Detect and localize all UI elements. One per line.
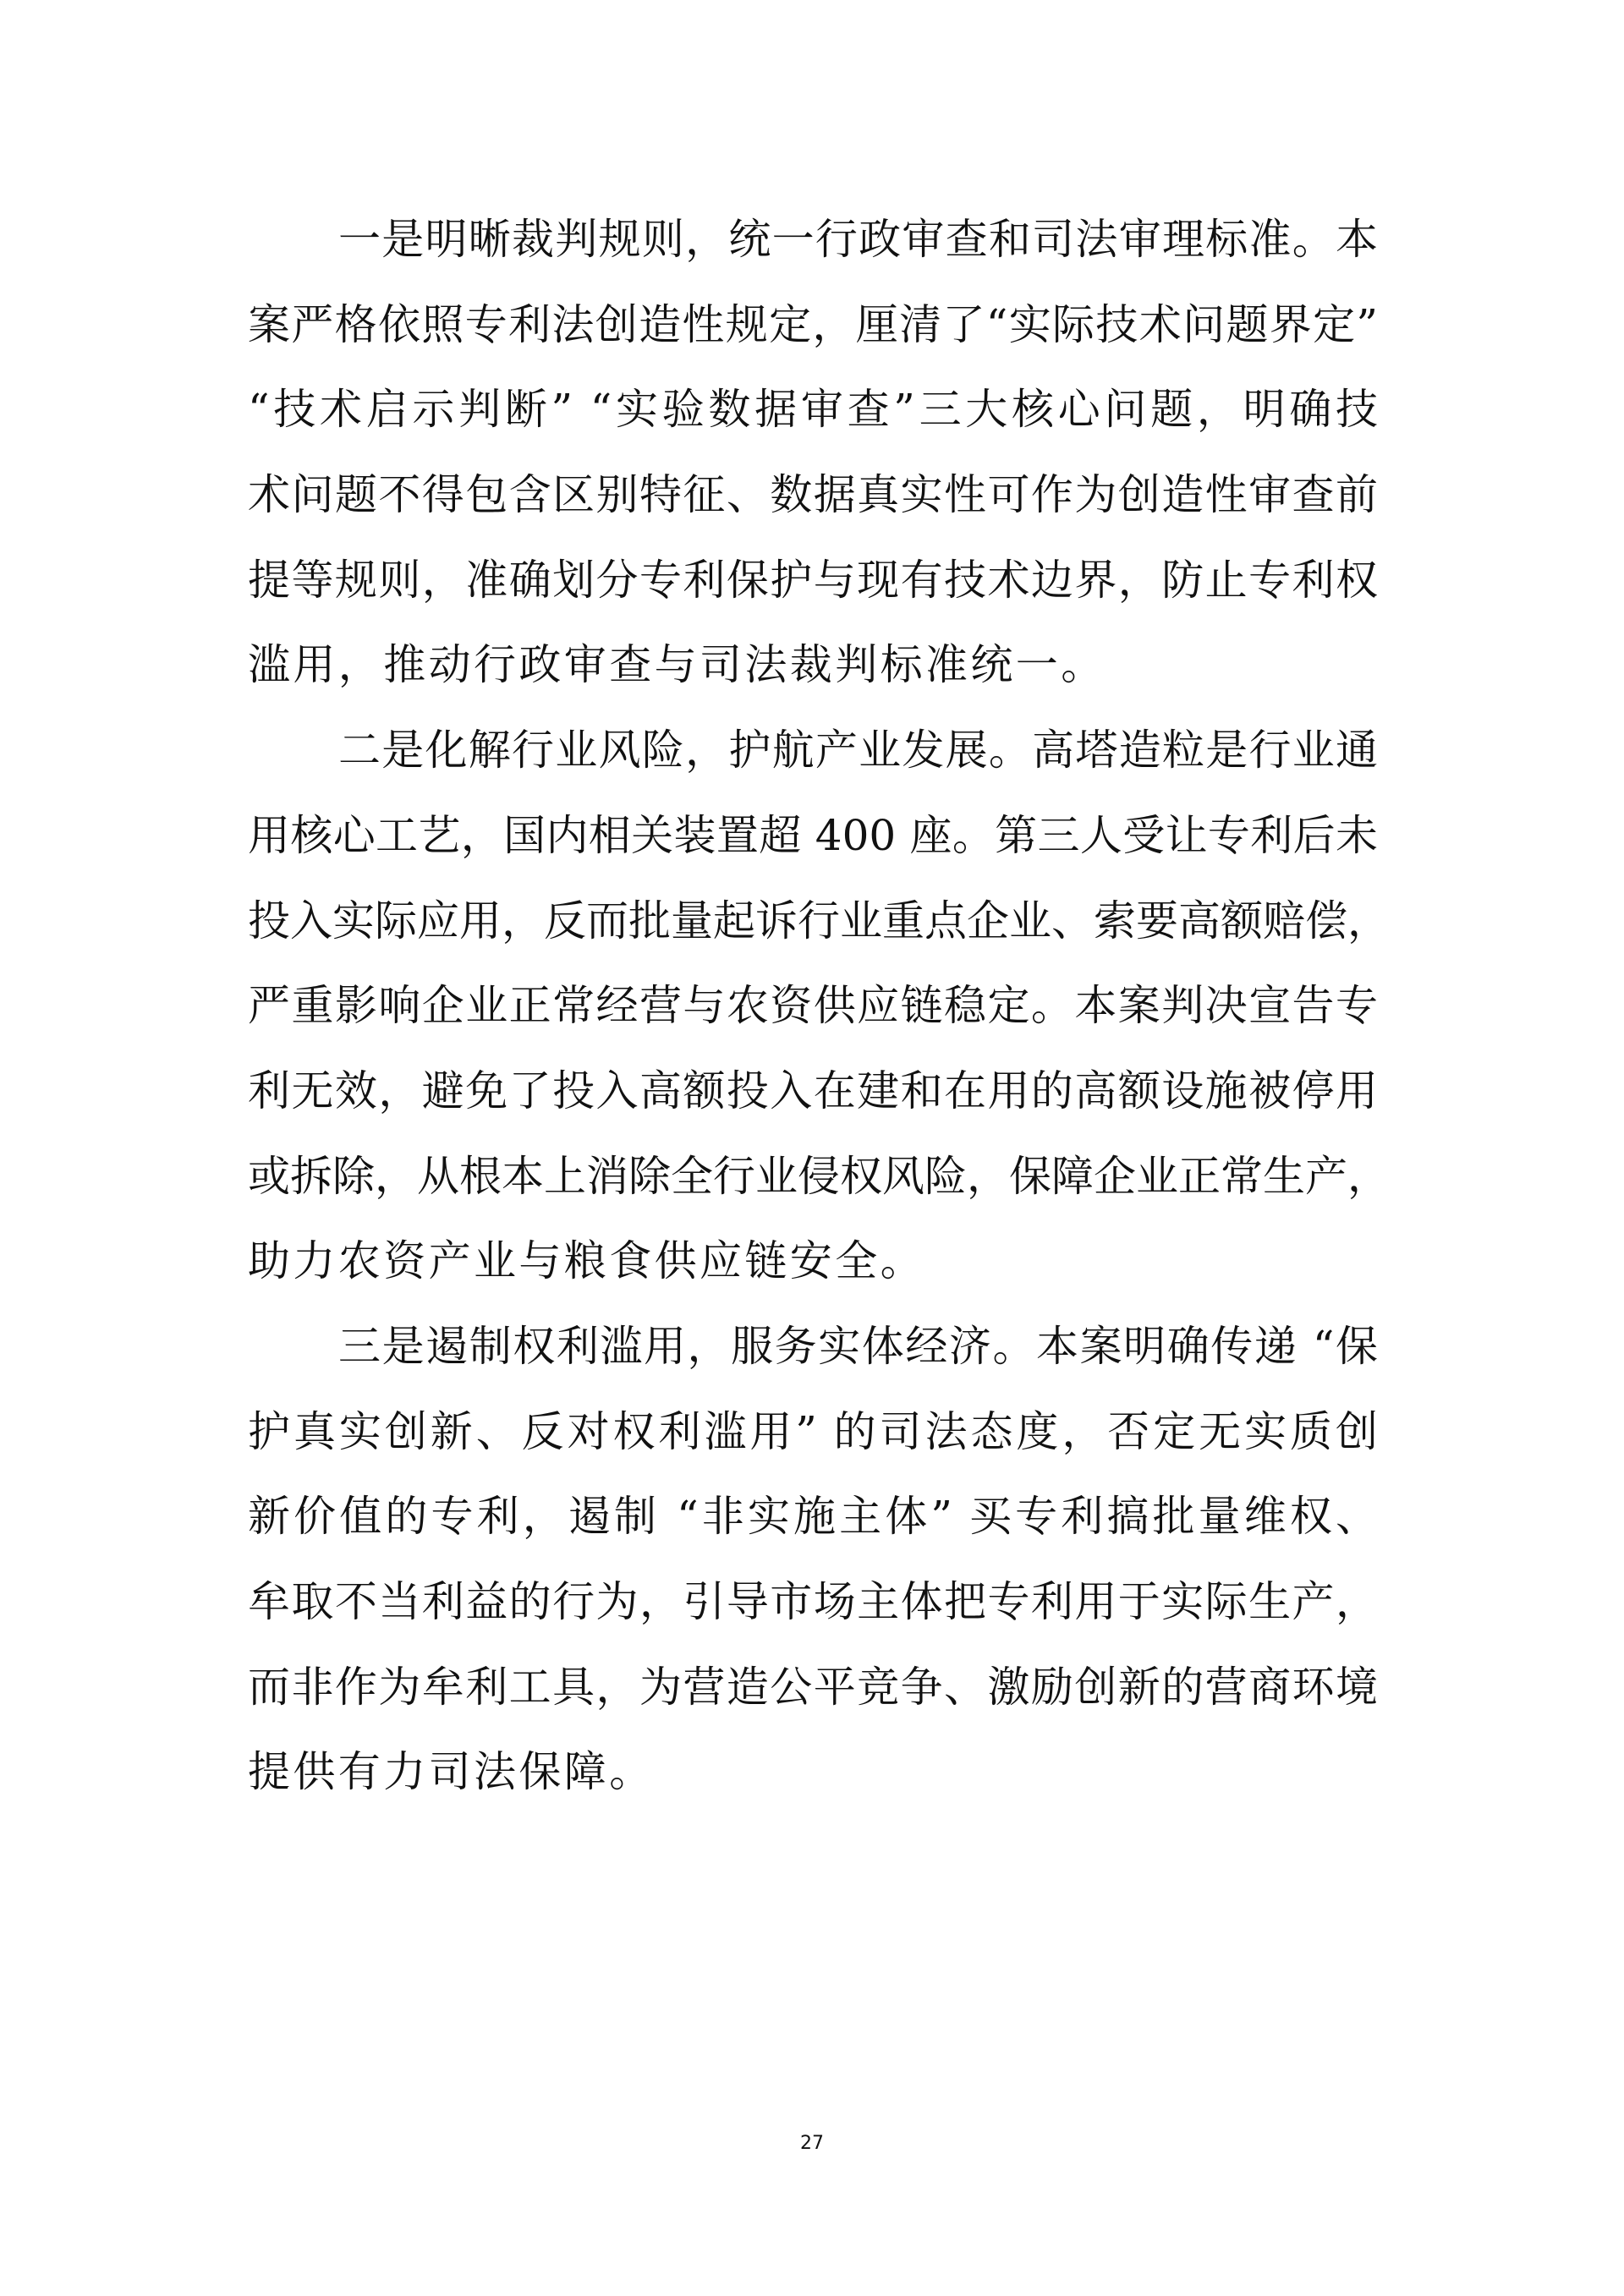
paragraph-1: 一是明晰裁判规则，统一行政审查和司法审理标准。本 案严格依照专利法创造性规定，厘… — [248, 207, 1378, 718]
text-line: 术问题不得包含区别特征、数据真实性可作为创造性审查前 — [248, 463, 1378, 548]
text-line: 利无效，避免了投入高额投入在建和在用的高额设施被停用 — [248, 1059, 1378, 1144]
text-line: 三是遏制权利滥用，服务实体经济。本案明确传递 “保 — [248, 1314, 1378, 1400]
document-page: 一是明晰裁判规则，统一行政审查和司法审理标准。本 案严格依照专利法创造性规定，厘… — [0, 0, 1624, 2296]
text-line: 牟取不当利益的行为，引导市场主体把专利用于实际生产， — [248, 1570, 1378, 1655]
text-line: “技术启示判断” “实验数据审查”三大核心问题，明确技 — [248, 377, 1378, 463]
body-text: 一是明晰裁判规则，统一行政审查和司法审理标准。本 案严格依照专利法创造性规定，厘… — [248, 207, 1378, 1825]
text-line: 投入实际应用，反而批量起诉行业重点企业、索要高额赔偿， — [248, 889, 1378, 974]
text-line: 一是明晰裁判规则，统一行政审查和司法审理标准。本 — [248, 207, 1378, 293]
text-line: 而非作为牟利工具，为营造公平竞争、激励创新的营商环境 — [248, 1655, 1378, 1740]
text-line: 案严格依照专利法创造性规定，厘清了“实际技术问题界定” — [248, 293, 1378, 378]
page-number: 27 — [0, 2133, 1624, 2154]
text-line: 提供有力司法保障。 — [248, 1740, 1378, 1825]
text-line: 或拆除，从根本上消除全行业侵权风险，保障企业正常生产， — [248, 1144, 1378, 1230]
text-line: 护真实创新、反对权利滥用” 的司法态度，否定无实质创 — [248, 1400, 1378, 1485]
paragraph-2: 二是化解行业风险，护航产业发展。高塔造粒是行业通 用核心工艺，国内相关装置超 4… — [248, 718, 1378, 1314]
paragraph-3: 三是遏制权利滥用，服务实体经济。本案明确传递 “保 护真实创新、反对权利滥用” … — [248, 1314, 1378, 1825]
text-line: 助力农资产业与粮食供应链安全。 — [248, 1229, 1378, 1314]
text-line: 严重影响企业正常经营与农资供应链稳定。本案判决宣告专 — [248, 973, 1378, 1059]
text-line: 提等规则，准确划分专利保护与现有技术边界，防止专利权 — [248, 548, 1378, 633]
text-line: 用核心工艺，国内相关装置超 400 座。第三人受让专利后未 — [248, 803, 1378, 889]
text-line: 二是化解行业风险，护航产业发展。高塔造粒是行业通 — [248, 718, 1378, 803]
text-line: 新价值的专利，遏制 “非实施主体” 买专利搞批量维权、 — [248, 1484, 1378, 1570]
text-line: 滥用，推动行政审查与司法裁判标准统一。 — [248, 633, 1378, 718]
